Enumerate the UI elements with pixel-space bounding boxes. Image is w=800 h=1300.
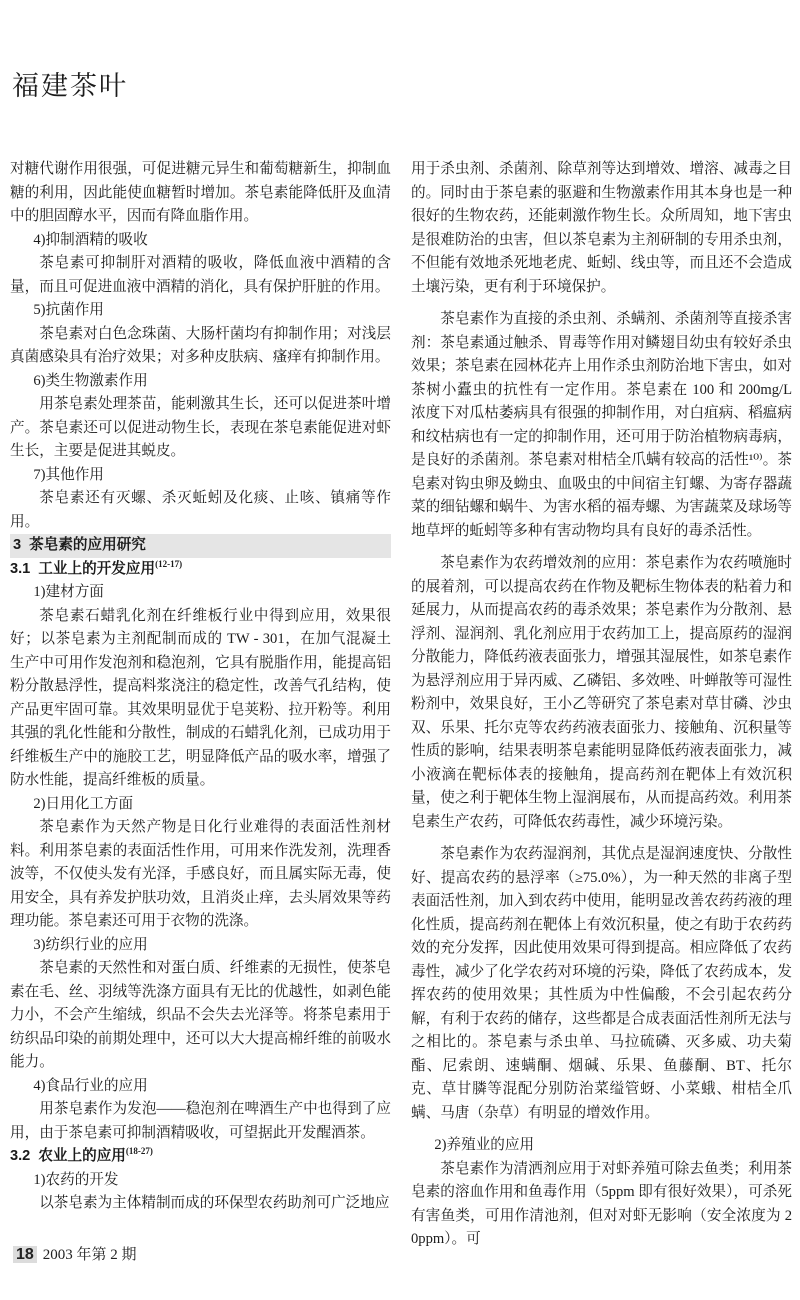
paragraph: 茶皂素的天然性和对蛋白质、纤维素的无损性，使茶皂素在毛、丝、羽绒等洗涤方面具有无…	[10, 957, 391, 1075]
paragraph: 以茶皂素为主体精制而成的环保型农药助剂可广泛地应	[10, 1192, 391, 1216]
clause-heading: 1)建材方面	[10, 581, 391, 605]
paragraph: 茶皂素石蜡乳化剂在纤维板行业中得到应用，效果很好；以茶皂素为主剂配制而成的 TW…	[10, 605, 391, 793]
heading-number: 3	[13, 537, 21, 553]
page-footer: 182003 年第 2 期	[13, 1243, 137, 1264]
issue-label: 2003 年第 2 期	[43, 1247, 137, 1263]
paragraph: 茶皂素可抑制肝对酒精的吸收，降低血液中酒精的含量，而且可促进血液中酒精的消化，具…	[10, 252, 391, 299]
article-body: 对糖代谢作用很强，可促进糖元异生和葡萄糖新生，抑制血糖的利用，因此能使血糖暂时增…	[10, 158, 792, 1252]
page-number: 18	[13, 1246, 37, 1263]
paragraph: 对糖代谢作用很强，可促进糖元异生和葡萄糖新生，抑制血糖的利用，因此能使血糖暂时增…	[10, 158, 391, 229]
paragraph: 茶皂素还有灭螺、杀灭蚯蚓及化痰、止咳、镇痛等作用。	[10, 487, 391, 534]
paragraph: 用于杀虫剂、杀菌剂、除草剂等达到增效、增溶、减毒之目的。同时由于茶皂素的驱避和生…	[411, 158, 792, 299]
clause-heading: 1)农药的开发	[10, 1169, 391, 1193]
reference-superscript: (18-27)	[126, 1146, 153, 1156]
clause-heading: 6)类生物激素作用	[10, 370, 391, 394]
clause-heading: 4)抑制酒精的吸收	[10, 229, 391, 253]
journal-title: 福建茶叶	[12, 64, 128, 103]
left-column: 对糖代谢作用很强，可促进糖元异生和葡萄糖新生，抑制血糖的利用，因此能使血糖暂时增…	[10, 158, 391, 1252]
paragraph: 茶皂素对白色念珠菌、大肠杆菌均有抑制作用；对浅层真菌感染具有治疗效果；对多种皮肤…	[10, 323, 391, 370]
paragraph: 茶皂素作为天然产物是日化行业难得的表面活性剂材料。利用茶皂素的表面活性作用，可用…	[10, 816, 391, 934]
paragraph: 茶皂素作为农药增效剂的应用：茶皂素作为农药喷施时的展着剂，可以提高农药在作物及靶…	[411, 552, 792, 834]
clause-heading: 7)其他作用	[10, 464, 391, 488]
clause-heading: 4)食品行业的应用	[10, 1075, 391, 1099]
clause-heading: 2)日用化工方面	[10, 793, 391, 817]
right-column: 用于杀虫剂、杀菌剂、除草剂等达到增效、增溶、减毒之目的。同时由于茶皂素的驱避和生…	[411, 158, 792, 1252]
paragraph: 茶皂素作为农药湿润剂，其优点是湿润速度快、分散性好、提高农药的悬浮率（≥75.0…	[411, 843, 792, 1125]
clause-heading: 2)养殖业的应用	[411, 1134, 792, 1158]
heading-number: 3.1	[10, 561, 30, 577]
heading-number: 3.2	[10, 1148, 30, 1164]
clause-heading: 5)抗菌作用	[10, 299, 391, 323]
reference-superscript: (12-17)	[155, 559, 182, 569]
paragraph: 茶皂素作为清洒剂应用于对虾养殖可除去鱼类；利用茶皂素的溶血作用和鱼毒作用（5pp…	[411, 1158, 792, 1252]
journal-page: 福建茶叶 对糖代谢作用很强，可促进糖元异生和葡萄糖新生，抑制血糖的利用，因此能使…	[0, 0, 800, 1300]
paragraph: 用茶皂素作为发泡——稳泡剂在啤酒生产中也得到了应用，由于茶皂素可抑制酒精吸收，可…	[10, 1098, 391, 1145]
clause-heading: 3)纺织行业的应用	[10, 934, 391, 958]
section-heading: 3茶皂素的应用研究	[10, 534, 391, 558]
paragraph: 用茶皂素处理茶苗，能刺激其生长，还可以促进茶叶增产。茶皂素还可以促进动物生长，表…	[10, 393, 391, 464]
paragraph: 茶皂素作为直接的杀虫剂、杀螨剂、杀菌剂等直接杀害剂：茶皂素通过触杀、胃毒等作用对…	[411, 308, 792, 543]
subsection-heading: 3.2农业上的应用(18-27)	[10, 1145, 391, 1169]
subsection-heading: 3.1工业上的开发应用(12-17)	[10, 558, 391, 582]
